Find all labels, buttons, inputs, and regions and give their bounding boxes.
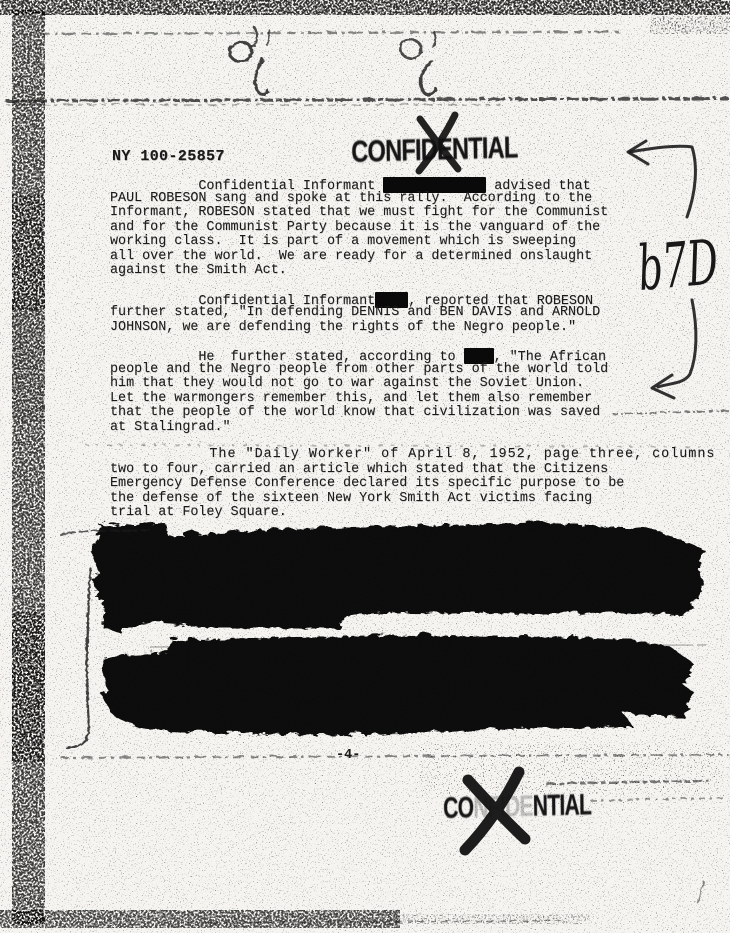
typed-line: him that they would not go to war agains… [110, 377, 715, 392]
typed-line: that the people of the world know that c… [110, 406, 715, 421]
typed-text: The "Daily Worker" of April 8, 1952, pag… [110, 447, 715, 462]
file-number: NY 100-25857 [112, 148, 225, 165]
scan-streak [150, 645, 706, 647]
arrow-head-icon [628, 141, 648, 164]
typed-text: him that they would not go to war agains… [110, 376, 584, 391]
typed-line: The "Daily Worker" of April 8, 1952, pag… [110, 448, 715, 463]
typed-line: working class. It is part of a movement … [110, 235, 715, 250]
typed-text: further stated, "In defending DENNIS and… [110, 305, 600, 320]
redaction-blocks [89, 521, 704, 734]
stamp-text-visible: CO [443, 791, 473, 825]
typed-line: at Stalingrad." [110, 421, 715, 436]
typed-line: all over the world. We are ready for a d… [110, 250, 715, 265]
pen-bracket-left [60, 529, 150, 747]
typed-text: against the Smith Act. [110, 263, 287, 278]
redaction-block [99, 633, 693, 734]
typed-text: people and the Negro people from other p… [110, 362, 608, 377]
typed-line: Confidential Informant, reported that RO… [110, 292, 715, 307]
typed-line: Emergency Defense Conference declared it… [110, 477, 715, 492]
ink-fleck [252, 26, 256, 46]
confidential-stamp-bottom: CONFIDENTIAL [443, 788, 591, 826]
ink-fleck [255, 59, 267, 93]
paragraph: Confidential Informant advised thatPAUL … [110, 177, 715, 279]
typed-text: that the people of the world know that c… [110, 405, 600, 420]
typed-line: the defense of the sixteen New York Smit… [110, 492, 715, 507]
typed-line: PAUL ROBESON sang and spoke at this rall… [110, 192, 715, 207]
typed-text: working class. It is part of a movement … [110, 234, 576, 249]
typed-text: trial at Foley Square. [110, 505, 287, 520]
stamp-text-visible: NTIAL [533, 788, 592, 822]
redaction-block [89, 521, 704, 630]
scanned-document-page: NY 100-25857 CONFIDENTIAL Confidential I… [0, 0, 730, 933]
paragraph: Confidential Informant, reported that RO… [110, 292, 715, 336]
page-number: -4- [336, 748, 360, 763]
ink-fleck [420, 61, 435, 94]
typed-line: He further stated, according to , "The A… [110, 348, 715, 363]
typed-line: against the Smith Act. [110, 264, 715, 279]
confidential-stamp-top: CONFIDENTIAL [351, 129, 518, 170]
typed-text: at Stalingrad." [110, 420, 231, 435]
ink-fleck [432, 31, 435, 46]
typed-text: Informant, ROBESON stated that we must f… [110, 205, 608, 220]
hole-punch-ring-icon [227, 39, 252, 62]
typed-line: trial at Foley Square. [110, 506, 715, 521]
typed-line: Confidential Informant advised that [110, 177, 715, 192]
stamp-text-faint: NFIDE [473, 790, 533, 824]
paragraph: He further stated, according to , "The A… [110, 348, 715, 435]
typed-line: and for the Communist Party because it i… [110, 221, 715, 236]
typed-text: JOHNSON, we are defending the rights of … [110, 320, 576, 335]
typed-line: people and the Negro people from other p… [110, 363, 715, 378]
typed-text: PAUL ROBESON sang and spoke at this rall… [110, 191, 592, 206]
hole-punch-marks [227, 26, 435, 94]
typed-text: two to four, carried an article which st… [110, 462, 608, 477]
typed-line: JOHNSON, we are defending the rights of … [110, 321, 715, 336]
typed-text: and for the Communist Party because it i… [110, 220, 600, 235]
typed-text: the defense of the sixteen New York Smit… [110, 491, 592, 506]
typed-line: Let the warmongers remember this, and le… [110, 392, 715, 407]
typed-text: Let the warmongers remember this, and le… [110, 391, 592, 406]
document-body: Confidential Informant advised thatPAUL … [110, 177, 715, 534]
typed-line: further stated, "In defending DENNIS and… [110, 306, 715, 321]
hole-punch-ring-icon [397, 36, 422, 60]
typed-line: Informant, ROBESON stated that we must f… [110, 206, 715, 221]
typed-text: all over the world. We are ready for a d… [110, 249, 592, 264]
typed-text: Emergency Defense Conference declared it… [110, 476, 624, 491]
ink-fleck [266, 29, 268, 44]
typed-line: two to four, carried an article which st… [110, 463, 715, 478]
paragraph: The "Daily Worker" of April 8, 1952, pag… [110, 448, 715, 521]
